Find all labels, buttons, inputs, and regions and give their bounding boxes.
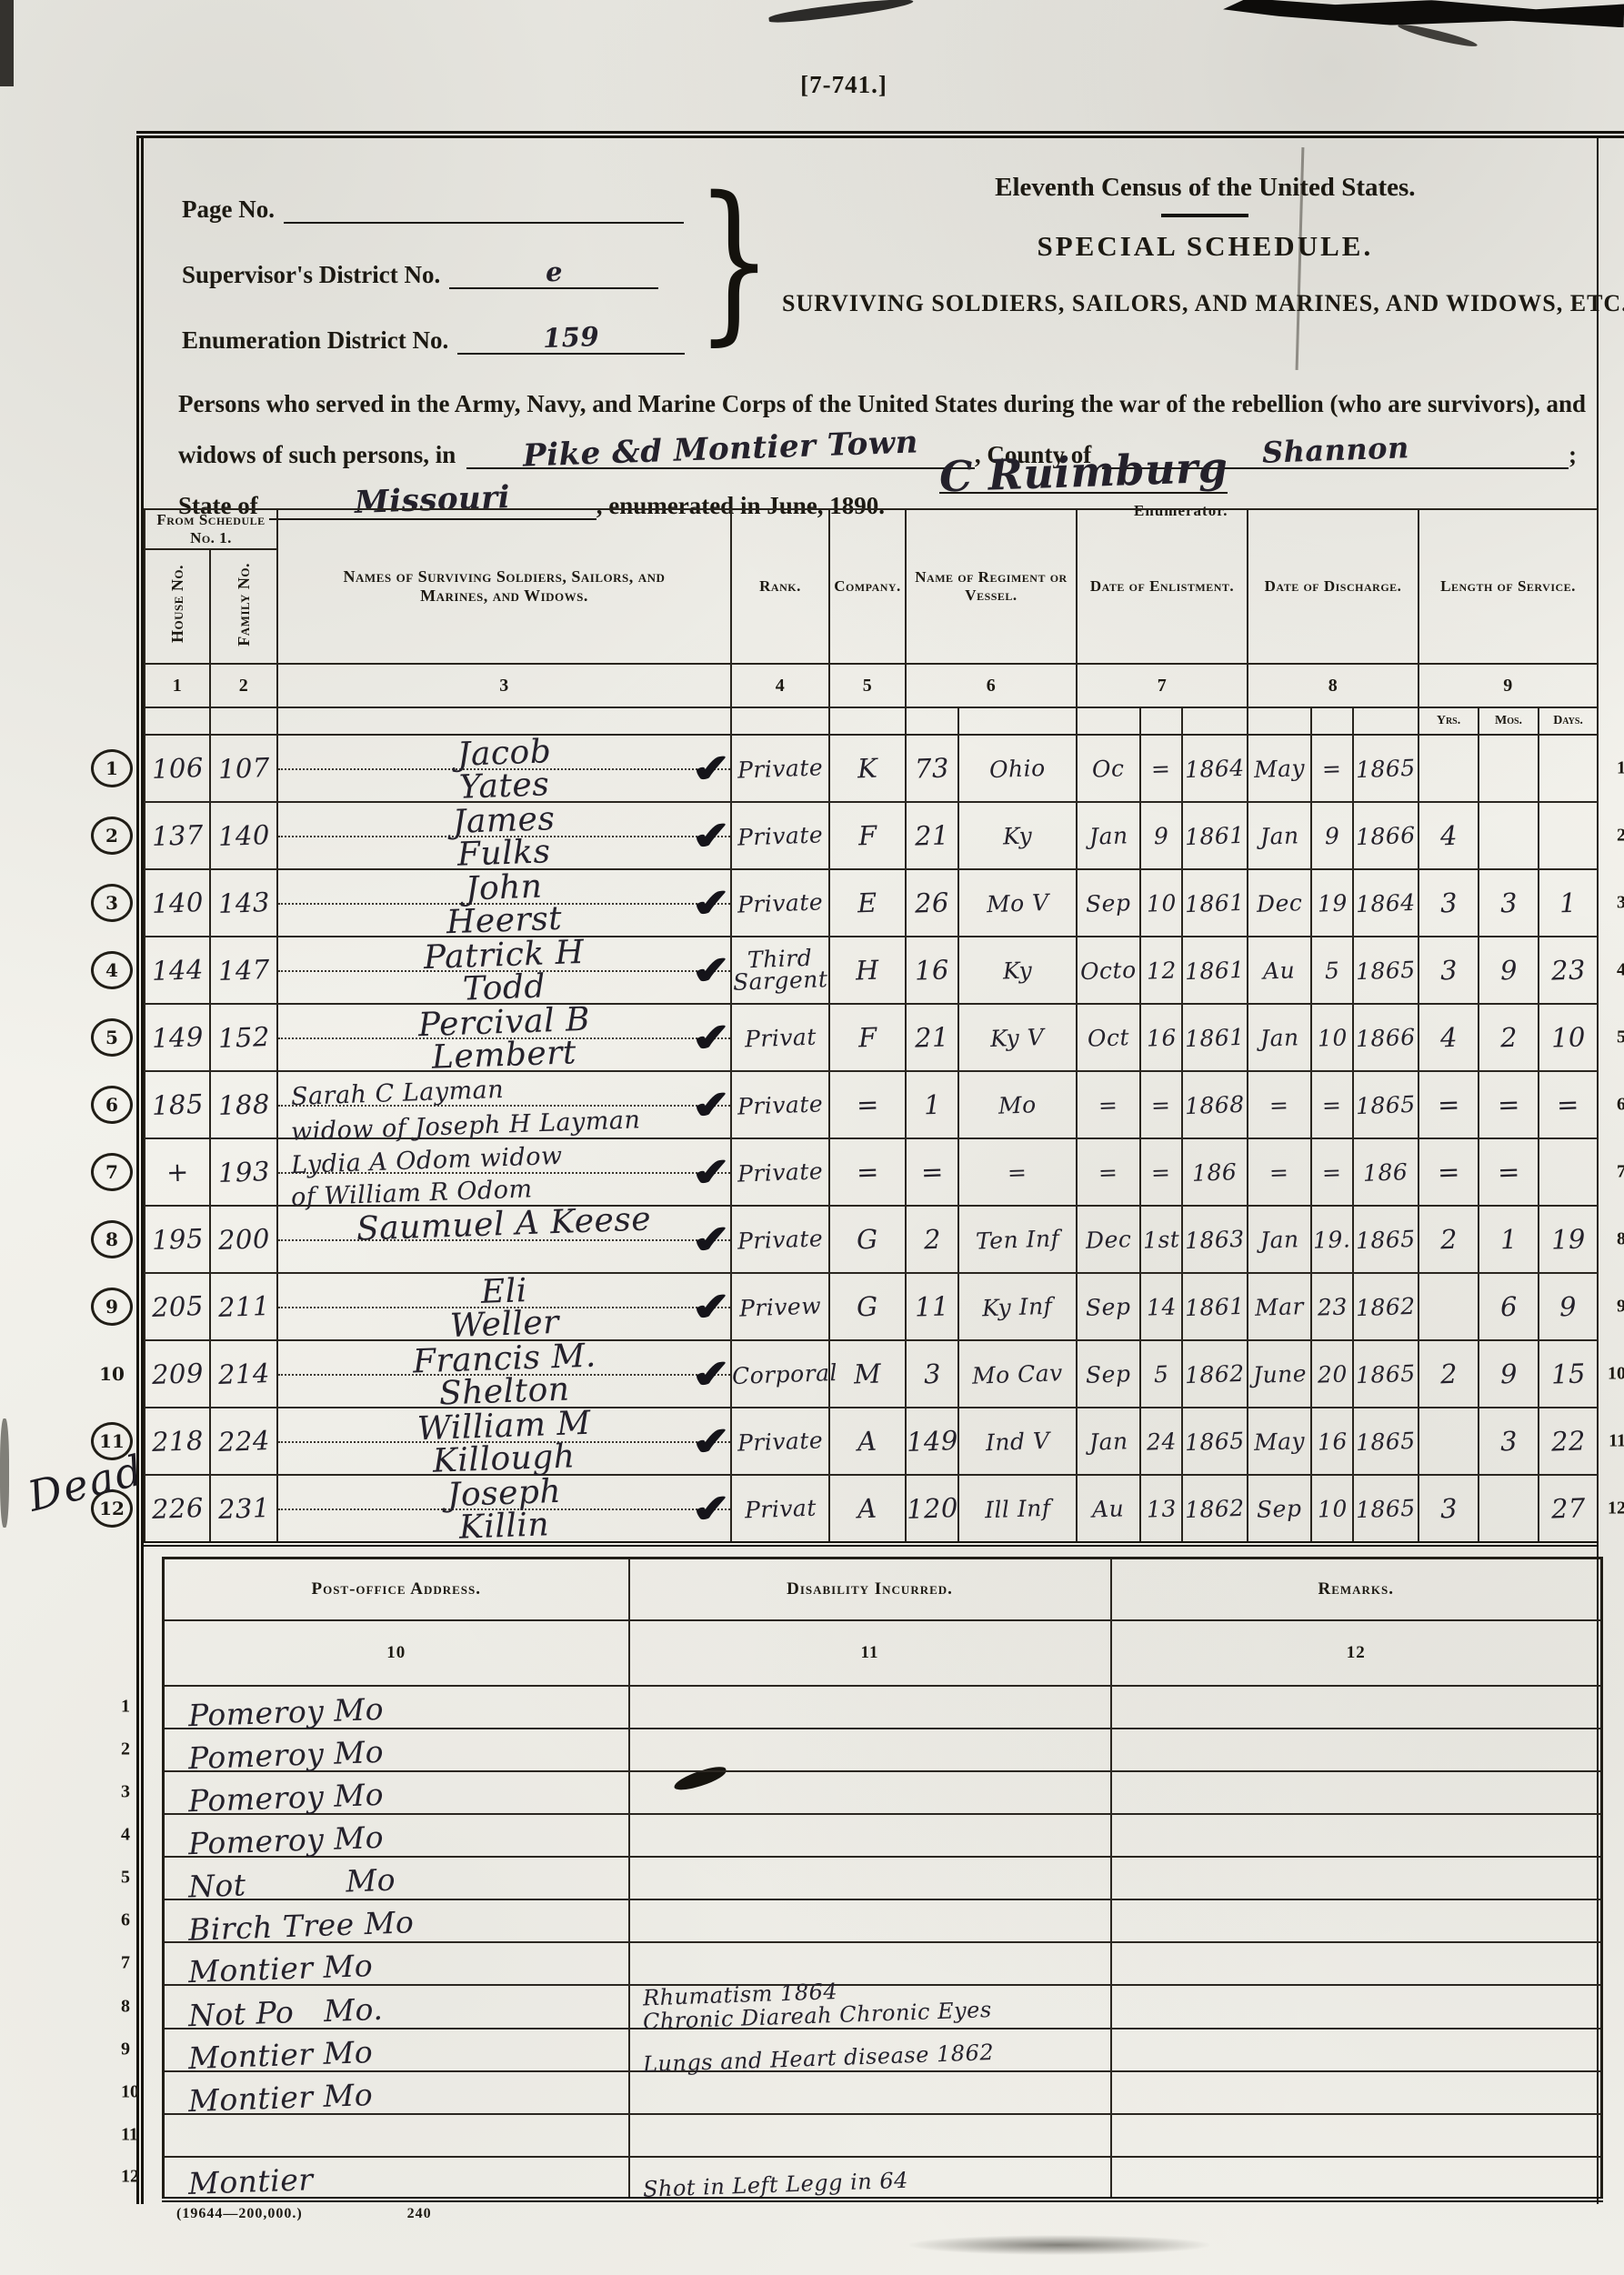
- discharge-year-cell: 1865: [1353, 937, 1418, 1004]
- enlist-day: 9: [1153, 822, 1168, 849]
- discharge-day-cell: 9: [1311, 802, 1353, 869]
- surname: of William R Odom: [291, 1178, 533, 1209]
- col-num: 11: [629, 1620, 1111, 1686]
- enlist-day: 1st: [1142, 1226, 1179, 1253]
- enlist-day-cell: 14: [1140, 1273, 1182, 1340]
- address-cell: 8Not Po Mo.: [164, 1985, 629, 2029]
- row-number-left: 1: [121, 1697, 130, 1718]
- enlist-year-cell: 1861: [1182, 1004, 1248, 1071]
- soldier-name-cell: Francis M.Shelton✔: [277, 1340, 731, 1408]
- row-number-circle: 3: [91, 884, 133, 922]
- discharge-day-cell: =: [1311, 1071, 1353, 1138]
- address-cell: 2Pomeroy Mo: [164, 1729, 629, 1771]
- regiment-name: Ten Inf: [975, 1225, 1059, 1254]
- first-name: Saumuel A Keese: [356, 1205, 652, 1245]
- enlist-month: Oc: [1092, 755, 1125, 782]
- enlist-day: 14: [1146, 1293, 1177, 1320]
- soldiers-table: From Schedule No. 1. Names of Surviving …: [144, 508, 1599, 1547]
- rank-value: Privew: [738, 1292, 821, 1321]
- company-value: F: [857, 820, 877, 852]
- service-months-cell: 9: [1479, 937, 1539, 1004]
- row-number-left: 8: [121, 1996, 130, 2017]
- discharge-year: 1865: [1356, 1427, 1417, 1455]
- family-number: 107: [217, 752, 270, 785]
- service-years-cell: 3: [1418, 1475, 1479, 1544]
- enlist-year-cell: 1865: [1182, 1408, 1248, 1475]
- row-number-circle: 1: [91, 749, 133, 787]
- first-name: James: [453, 805, 556, 837]
- company-cell: E: [829, 869, 906, 937]
- col-num: 3: [277, 664, 731, 707]
- disability-cell: [629, 1771, 1111, 1814]
- rank-value: Private: [737, 1090, 823, 1119]
- enlist-month-cell: Sep: [1077, 1340, 1140, 1408]
- rank-value: Sargent: [732, 968, 827, 993]
- discharge-day: 10: [1317, 1495, 1348, 1522]
- discharge-month-cell: =: [1248, 1138, 1311, 1206]
- scanned-census-page: [7-741.] Page No. Supervisor's District …: [0, 0, 1624, 2275]
- service-years: 3: [1439, 955, 1458, 987]
- checkmark-icon: ✔: [690, 1284, 733, 1330]
- regiment-number-cell: 149: [906, 1408, 958, 1475]
- surname: Killough: [433, 1442, 576, 1477]
- regiment-number: 16: [914, 954, 949, 986]
- address-cell: 4Pomeroy Mo: [164, 1814, 629, 1857]
- top-rule: [136, 131, 1624, 138]
- service-days: 9: [1559, 1291, 1577, 1323]
- discharge-month: Jan: [1259, 1024, 1299, 1051]
- enlist-day-cell: =: [1140, 735, 1182, 802]
- service-years-cell: 4: [1418, 1004, 1479, 1071]
- rank-value: Privat: [744, 1023, 817, 1052]
- soldier-name-cell: Percival BLembert✔: [277, 1004, 731, 1071]
- service-years: 3: [1439, 887, 1458, 919]
- address-value: Pomeroy Mo: [165, 1695, 385, 1729]
- discharge-month: =: [1269, 1158, 1289, 1186]
- service-years-cell: [1418, 735, 1479, 802]
- enlist-day-cell: =: [1140, 1071, 1182, 1138]
- enlist-year: 1861: [1185, 888, 1246, 917]
- discharge-month-cell: Jan: [1248, 802, 1311, 869]
- regiment-name-cell: Ohio: [958, 735, 1077, 802]
- service-years: =: [1437, 1157, 1460, 1188]
- col-num: 4: [731, 664, 829, 707]
- house-number: 226: [151, 1492, 204, 1525]
- house-number: 209: [151, 1358, 204, 1390]
- enlist-month: Sep: [1086, 1293, 1131, 1321]
- enlist-day-cell: 24: [1140, 1408, 1182, 1475]
- regiment-name-cell: =: [958, 1138, 1077, 1206]
- district-fields: Page No. Supervisor's District No. e Enu…: [182, 158, 782, 363]
- company-cell: F: [829, 1004, 906, 1071]
- rank-cell: ThirdSargent: [731, 937, 829, 1004]
- discharge-year-cell: 1864: [1353, 869, 1418, 937]
- soldier-name-cell: JacobYates✔: [277, 735, 731, 802]
- discharge-year: 1865: [1356, 1090, 1417, 1118]
- family-number: 200: [217, 1223, 270, 1256]
- schedule-title: SPECIAL SCHEDULE.: [782, 230, 1624, 263]
- col-num: 12: [1111, 1620, 1602, 1686]
- soldier-row: 11218224William MKillough✔PrivateA149Ind…: [145, 1408, 1598, 1475]
- address-cell: 7Montier Mo: [164, 1942, 629, 1985]
- soldier-row: 5149152Percival BLembert✔PrivatF21Ky VOc…: [145, 1004, 1598, 1071]
- regiment-name: Mo Cav: [972, 1359, 1064, 1388]
- row-number-circle: 2: [91, 817, 133, 855]
- address-value: Montier: [165, 2166, 314, 2198]
- row-number-left: 3: [121, 1782, 130, 1803]
- rank-cell: Privew: [731, 1273, 829, 1340]
- address-row: 8Not Po Mo.Rhumatism 1864Chronic Diareah…: [164, 1985, 1602, 2029]
- checkmark-icon: ✔: [690, 947, 733, 994]
- col-header-regiment: Name of Regiment or Vessel.: [906, 509, 1077, 664]
- discharge-day: 5: [1324, 957, 1339, 984]
- enlist-year: 1865: [1185, 1427, 1246, 1455]
- remarks-cell: [1111, 1771, 1602, 1814]
- col-num: 10: [164, 1620, 629, 1686]
- enlist-month-cell: Octo: [1077, 937, 1140, 1004]
- company-cell: A: [829, 1475, 906, 1544]
- discharge-year: 1865: [1356, 754, 1417, 782]
- enlist-year-cell: 1864: [1182, 735, 1248, 802]
- remarks-cell: [1111, 1985, 1602, 2029]
- service-months-cell: 9: [1479, 1340, 1539, 1408]
- enlist-day: 12: [1146, 957, 1177, 984]
- discharge-month: June: [1252, 1359, 1307, 1388]
- discharge-month: Au: [1263, 957, 1296, 984]
- place-label: widows of such persons, in: [178, 441, 456, 469]
- house-number: 149: [151, 1021, 204, 1054]
- first-name: Sarah C Layman: [291, 1079, 505, 1108]
- enlist-day-cell: =: [1140, 1138, 1182, 1206]
- enlist-month-cell: Oc: [1077, 735, 1140, 802]
- col-header-address: Post-office Address.: [164, 1558, 629, 1620]
- ink-stain: [1223, 0, 1624, 27]
- discharge-year-cell: 1865: [1353, 1475, 1418, 1544]
- enlist-year: 186: [1192, 1158, 1238, 1187]
- service-days: 15: [1550, 1358, 1586, 1389]
- enlist-day-cell: 1st: [1140, 1206, 1182, 1273]
- enlist-year-cell: 1861: [1182, 1273, 1248, 1340]
- house-number: 205: [151, 1290, 204, 1323]
- enlist-year-cell: 1863: [1182, 1206, 1248, 1273]
- regiment-name-cell: Ky Inf: [958, 1273, 1077, 1340]
- regiment-name-cell: Ky: [958, 802, 1077, 869]
- family-number: 188: [217, 1088, 270, 1121]
- discharge-month: Jan: [1259, 1226, 1299, 1253]
- service-days-cell: 7: [1539, 1138, 1598, 1206]
- discharge-month: May: [1253, 755, 1305, 783]
- surname: Lembert: [432, 1038, 577, 1073]
- soldier-row: 9205211EliWeller✔PrivewG11Ky InfSep14186…: [145, 1273, 1598, 1340]
- enlist-month: Jan: [1088, 822, 1128, 849]
- remarks-cell: [1111, 1729, 1602, 1771]
- row-number-right: 2: [1617, 826, 1624, 847]
- service-days-cell: 1: [1539, 735, 1598, 802]
- remarks-cell: [1111, 1899, 1602, 1942]
- discharge-month-cell: Jan: [1248, 1004, 1311, 1071]
- page-no-label: Page No.: [182, 195, 275, 224]
- enlist-month: Dec: [1085, 1226, 1131, 1254]
- enlist-day: =: [1151, 755, 1171, 782]
- yrs-subheader: Yrs.: [1418, 707, 1479, 735]
- enlist-day-cell: 13: [1140, 1475, 1182, 1544]
- discharge-month: Mar: [1255, 1293, 1305, 1321]
- row-number-circle: 9: [91, 1288, 133, 1326]
- checkmark-icon: ✔: [690, 746, 733, 792]
- disability-cell: [629, 1729, 1111, 1771]
- soldier-name-cell: Patrick HTodd✔: [277, 937, 731, 1004]
- discharge-day: =: [1322, 1091, 1342, 1118]
- row-number-left: 2: [121, 1739, 130, 1760]
- address-row: 7Montier Mo: [164, 1942, 1602, 1985]
- row-number-circle: 6: [91, 1086, 133, 1124]
- company-value: E: [857, 887, 878, 919]
- regiment-name: Mo V: [986, 888, 1049, 917]
- enlist-day: =: [1151, 1158, 1171, 1186]
- discharge-month-cell: May: [1248, 735, 1311, 802]
- regiment-number-cell: 21: [906, 1004, 958, 1071]
- discharge-year-cell: 1865: [1353, 1340, 1418, 1408]
- enlist-month: =: [1098, 1091, 1118, 1118]
- place-value: Pike &d Montier Town: [466, 431, 975, 469]
- enlist-day: 24: [1146, 1428, 1177, 1455]
- enlist-year: 1862: [1185, 1359, 1246, 1388]
- discharge-day: =: [1322, 755, 1342, 782]
- soldier-row: 1106107JacobYates✔PrivateK73OhioOc=1864M…: [145, 735, 1598, 802]
- discharge-day: 19: [1317, 889, 1348, 917]
- service-years: 4: [1439, 820, 1458, 852]
- discharge-day-cell: 10: [1311, 1475, 1353, 1544]
- company-cell: K: [829, 735, 906, 802]
- checkmark-icon: ✔: [690, 1217, 733, 1263]
- regiment-number-cell: 73: [906, 735, 958, 802]
- col-header-rank: Rank.: [731, 509, 829, 664]
- row-number-left: 11: [121, 2125, 138, 2146]
- enlist-month-cell: Dec: [1077, 1206, 1140, 1273]
- rank-cell: Privat: [731, 1475, 829, 1544]
- service-days-cell: 198: [1539, 1206, 1598, 1273]
- regiment-name: Ind V: [985, 1427, 1049, 1455]
- rank-cell: Private: [731, 735, 829, 802]
- discharge-year: 1865: [1356, 1494, 1417, 1522]
- service-months-cell: =: [1479, 1138, 1539, 1206]
- enlist-day-cell: 10: [1140, 869, 1182, 937]
- soldier-name-cell: JohnHeerst✔: [277, 869, 731, 937]
- house-number: 137: [151, 819, 204, 852]
- enlist-day: 13: [1146, 1495, 1177, 1522]
- address-row: 3Pomeroy Mo: [164, 1771, 1602, 1814]
- remarks-cell: [1111, 2114, 1602, 2157]
- discharge-year-cell: 186: [1353, 1138, 1418, 1206]
- service-months-cell: [1479, 1475, 1539, 1544]
- address-value: Montier Mo: [165, 2039, 374, 2073]
- row-number-left: 7: [121, 1953, 130, 1974]
- service-months-cell: 6: [1479, 1273, 1539, 1340]
- service-days-cell: 13: [1539, 869, 1598, 937]
- regiment-name-cell: Mo: [958, 1071, 1077, 1138]
- row-number-circle: 5: [91, 1018, 133, 1057]
- enlist-year: 1862: [1185, 1494, 1246, 1522]
- service-years-cell: 4: [1418, 802, 1479, 869]
- col-header-company: Company.: [829, 509, 906, 664]
- row-number-right: 9: [1617, 1297, 1624, 1318]
- enlist-year-cell: 186: [1182, 1138, 1248, 1206]
- regiment-number-cell: =: [906, 1138, 958, 1206]
- company-cell: A: [829, 1408, 906, 1475]
- service-days: 23: [1550, 954, 1586, 986]
- census-title: Eleventh Census of the United States.: [782, 173, 1624, 203]
- service-days-cell: =6: [1539, 1071, 1598, 1138]
- regiment-number: 21: [914, 819, 949, 851]
- family-number: 140: [217, 819, 270, 852]
- column-number-row: 1 2 3 4 5 6 7 8 9: [145, 664, 1598, 707]
- rank-value: Private: [737, 821, 823, 850]
- disability-cell: [629, 2114, 1111, 2157]
- enlist-day-cell: 5: [1140, 1340, 1182, 1408]
- company-value: M: [853, 1358, 881, 1389]
- smudge: [909, 2235, 1209, 2255]
- col-header-family: Family No.: [210, 549, 277, 664]
- service-years-cell: 3: [1418, 869, 1479, 937]
- regiment-number-cell: 21: [906, 802, 958, 869]
- soldier-name-cell: William MKillough✔: [277, 1408, 731, 1475]
- enlist-year-cell: 1862: [1182, 1340, 1248, 1408]
- col-header-discharge: Date of Discharge.: [1248, 509, 1418, 664]
- service-months-cell: [1479, 735, 1539, 802]
- service-months: 3: [1499, 887, 1518, 919]
- row-number-right: 11: [1609, 1431, 1624, 1452]
- address-cell: 3Pomeroy Mo: [164, 1771, 629, 1814]
- enlist-day: 16: [1146, 1024, 1177, 1051]
- service-days-cell: 2: [1539, 802, 1598, 869]
- service-months-cell: =: [1479, 1071, 1539, 1138]
- company-value: K: [857, 753, 877, 785]
- discharge-year-cell: 1865: [1353, 1071, 1418, 1138]
- enlist-year-cell: 1868: [1182, 1071, 1248, 1138]
- service-years-cell: =: [1418, 1138, 1479, 1206]
- address-table: Post-office Address. Disability Incurred…: [162, 1557, 1603, 2202]
- company-value: =: [856, 1089, 879, 1121]
- regiment-name: Ky Inf: [982, 1292, 1053, 1321]
- discharge-month-cell: Jan: [1248, 1206, 1311, 1273]
- rank-cell: Corporal: [731, 1340, 829, 1408]
- service-months-cell: 3: [1479, 869, 1539, 937]
- enlist-month: =: [1098, 1158, 1118, 1186]
- enlist-year: 1861: [1185, 1023, 1246, 1051]
- intro-paragraph: Persons who served in the Army, Navy, an…: [178, 367, 1577, 520]
- soldier-row: 3140143JohnHeerst✔PrivateE26Mo VSep10186…: [145, 869, 1598, 937]
- checkmark-icon: ✔: [690, 1082, 733, 1128]
- discharge-day: 10: [1317, 1024, 1348, 1051]
- disability-cell: [629, 1942, 1111, 1985]
- discharge-day-cell: 19: [1311, 869, 1353, 937]
- service-months: 6: [1499, 1291, 1518, 1323]
- enlist-month-cell: Sep: [1077, 1273, 1140, 1340]
- address-row: 6Birch Tree Mo: [164, 1899, 1602, 1942]
- rank-value: Private: [737, 888, 823, 917]
- discharge-year-cell: 1866: [1353, 802, 1418, 869]
- col-num: 6: [906, 664, 1077, 707]
- discharge-year: 1865: [1356, 1225, 1417, 1253]
- checkmark-icon: ✔: [690, 1486, 733, 1532]
- rank-cell: Private: [731, 1206, 829, 1273]
- family-number: 152: [217, 1021, 270, 1054]
- first-name: John: [466, 872, 544, 904]
- company-cell: =: [829, 1071, 906, 1138]
- row-number-right: 12: [1608, 1498, 1624, 1519]
- discharge-month-cell: Sep: [1248, 1475, 1311, 1544]
- brace-glyph: }: [696, 158, 773, 363]
- service-months: 9: [1499, 1358, 1518, 1390]
- enlist-month-cell: =: [1077, 1071, 1140, 1138]
- enlist-month-cell: Oct: [1077, 1004, 1140, 1071]
- regiment-number: 149: [906, 1425, 958, 1458]
- soldier-row: 6185188Sarah C Laymanwidow of Joseph H L…: [145, 1071, 1598, 1138]
- discharge-day: 9: [1324, 822, 1339, 849]
- company-value: =: [856, 1157, 879, 1188]
- discharge-day: 16: [1317, 1428, 1348, 1455]
- regiment-number-cell: 3: [906, 1340, 958, 1408]
- company-value: G: [857, 1291, 879, 1323]
- discharge-year: 1866: [1356, 1023, 1417, 1051]
- disability-value: Shot in Left Legg in 64: [629, 2170, 908, 2200]
- enlist-month: Sep: [1086, 889, 1131, 917]
- page-no-value: [284, 156, 684, 224]
- rank-cell: Privat: [731, 1004, 829, 1071]
- supervisors-district-label: Supervisor's District No.: [182, 261, 440, 289]
- enlist-month-cell: =: [1077, 1138, 1140, 1206]
- service-years-cell: 2: [1418, 1340, 1479, 1408]
- regiment-number: =: [920, 1157, 944, 1188]
- enlist-month-cell: Sep: [1077, 869, 1140, 937]
- row-number-left: 6: [121, 1910, 130, 1931]
- days-subheader: Days.: [1539, 707, 1598, 735]
- col-header-enlistment: Date of Enlistment.: [1077, 509, 1248, 664]
- company-cell: =: [829, 1138, 906, 1206]
- remarks-cell: [1111, 2071, 1602, 2114]
- address-row: 10Montier Mo: [164, 2071, 1602, 2114]
- soldier-name-cell: JosephKillin✔: [277, 1475, 731, 1544]
- address-row: 2Pomeroy Mo: [164, 1729, 1602, 1771]
- discharge-month: Jan: [1259, 822, 1299, 849]
- house-number: 106: [151, 752, 204, 785]
- disability-value: Lungs and Heart disease 1862: [629, 2043, 994, 2075]
- checkmark-icon: ✔: [690, 1351, 733, 1398]
- soldier-name-cell: Saumuel A Keese✔: [277, 1206, 731, 1273]
- enlist-day: 5: [1153, 1360, 1168, 1388]
- service-months-cell: 1: [1479, 1206, 1539, 1273]
- row-number-right: 10: [1608, 1364, 1624, 1385]
- regiment-name: =: [1007, 1158, 1028, 1186]
- first-name: Jacob: [456, 737, 551, 770]
- discharge-month-cell: Dec: [1248, 869, 1311, 937]
- service-days-cell: 1510: [1539, 1340, 1598, 1408]
- address-value: Birch Tree Mo: [165, 1909, 415, 1944]
- address-row: 12MontierShot in Left Legg in 64: [164, 2157, 1602, 2200]
- row-number-right: 1: [1617, 758, 1624, 779]
- rank-value: Corporal: [732, 1358, 838, 1388]
- service-years: 2: [1439, 1358, 1458, 1390]
- surname: Heerst: [446, 904, 562, 937]
- row-number-left: 9: [121, 2039, 130, 2060]
- ink-stain: [1397, 21, 1479, 49]
- address-row: 5Not Mo: [164, 1857, 1602, 1899]
- service-months: 1: [1499, 1224, 1518, 1256]
- discharge-day: 23: [1317, 1293, 1348, 1320]
- enlist-day: =: [1151, 1091, 1171, 1118]
- rank-value: Private: [737, 754, 823, 783]
- checkmark-icon: ✔: [690, 1418, 733, 1465]
